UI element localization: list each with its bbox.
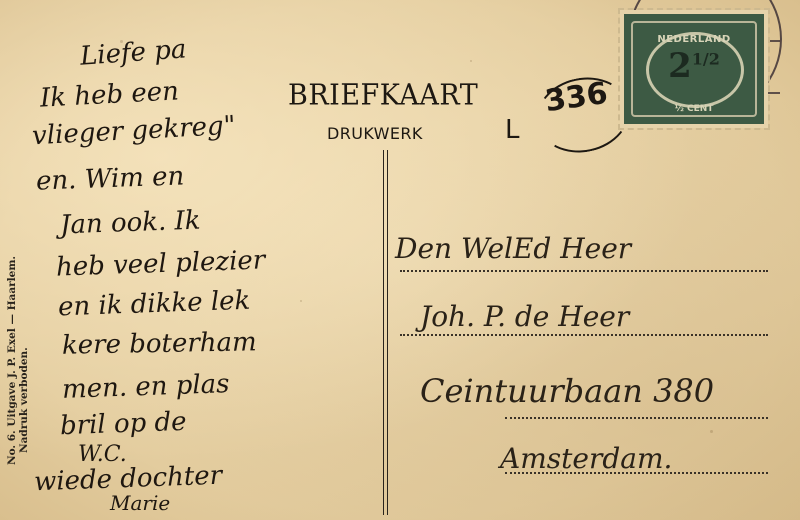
card-subheading: DRUKWERK — [327, 124, 423, 143]
address-dotted-line — [505, 472, 768, 474]
paper-speck — [470, 60, 472, 62]
address-city: Amsterdam. — [500, 442, 672, 475]
card-heading: BRIEFKAART — [288, 79, 478, 112]
address-dotted-line — [400, 270, 768, 272]
message-line: heb veel plezier — [55, 241, 265, 286]
publisher-line-2: Nadruk verboden. — [18, 175, 30, 465]
paper-speck — [300, 300, 302, 302]
stamp-country: NEDERLAND — [624, 34, 764, 45]
message-signature: Marie — [110, 484, 170, 520]
message-line: men. en plas — [61, 365, 230, 409]
publisher-imprint: No. 6. Uitgave J. P. Exel — Haarlem. Nad… — [6, 175, 30, 465]
stamp-value: 21/2 — [624, 46, 764, 86]
publisher-line-1: No. 6. Uitgave J. P. Exel — Haarlem. — [6, 175, 18, 465]
message-line: Jan ook. Ik — [59, 202, 201, 245]
message-line: kere boterham — [62, 323, 257, 364]
address-street: Ceintuurbaan 380 — [420, 372, 714, 410]
address-dotted-line — [505, 417, 768, 419]
address-name: Joh. P. de Heer — [420, 300, 629, 333]
postage-stamp: NEDERLAND 21/2 ½ CENT — [624, 14, 764, 124]
message-line: Liefe pa — [79, 30, 188, 75]
center-divider — [383, 150, 388, 515]
stamp-value-whole: 2 — [668, 46, 692, 86]
message-line: en ik dikke lek — [57, 282, 251, 327]
message-line: en. Wim en — [35, 157, 185, 200]
address-salutation: Den WelEd Heer — [395, 232, 631, 265]
cancellation-letter: L — [505, 115, 520, 145]
postcard: BRIEFKAART DRUKWERK No. 6. Uitgave J. P.… — [0, 0, 800, 520]
paper-speck — [710, 430, 713, 433]
address-dotted-line — [400, 334, 768, 336]
stamp-value-fraction: 1/2 — [692, 50, 720, 69]
stamp-cents: ½ CENT — [624, 104, 764, 114]
